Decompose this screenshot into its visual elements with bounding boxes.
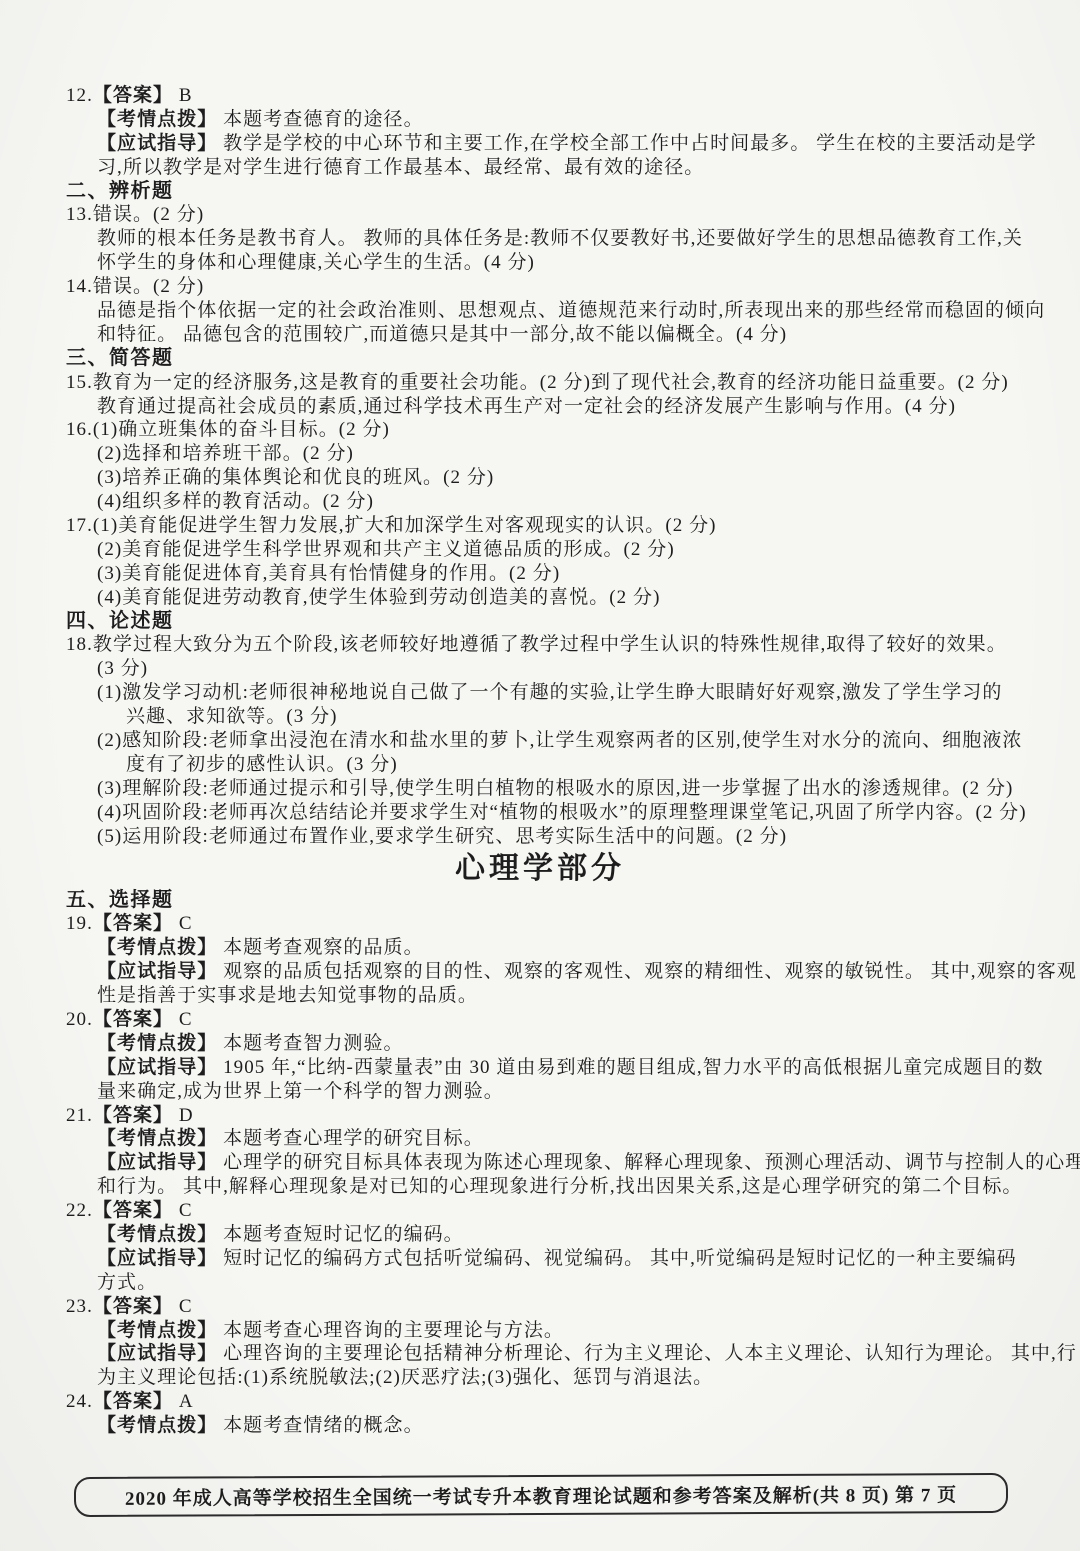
text-line: 性是指善于实事求是地去知觉事物的品质。 (0, 984, 1080, 1008)
text-line: (4)组织多样的教育活动。(2 分) (0, 490, 1080, 514)
answer-line: 16.(1)确立班集体的奋斗目标。(2 分) (0, 418, 1080, 442)
line-text: 本题考查智力测验。 (217, 1033, 403, 1054)
bracket-label: 【考情点拨】 (97, 937, 217, 958)
line-text: B (173, 85, 193, 106)
bracket-label: 【答案】 (93, 1105, 173, 1126)
text-line: 【应试指导】 短时记忆的编码方式包括听觉编码、视觉编码。 其中,听觉编码是短时记… (0, 1247, 1080, 1271)
bracket-label: 【应试指导】 (97, 1152, 217, 1173)
text-line: 【考情点拨】 本题考查智力测验。 (0, 1032, 1080, 1056)
line-text: 本题考查心理学的研究目标。 (217, 1128, 483, 1149)
text-line: 【考情点拨】 本题考查心理咨询的主要理论与方法。 (0, 1319, 1080, 1343)
answer-line: 15.教育为一定的经济服务,这是教育的重要社会功能。(2 分)到了现代社会,教育… (0, 371, 1080, 395)
text-line: (2)感知阶段:老师拿出浸泡在清水和盐水里的萝卜,让学生观察两者的区别,使学生对… (0, 729, 1080, 753)
line-text: 本题考查德育的途径。 (217, 109, 423, 130)
footer-text: 2020 年成人高等学校招生全国统一考试专升本教育理论试题和参考答案及解析(共 … (125, 1480, 957, 1511)
text-line: 【考情点拨】 本题考查观察的品质。 (0, 936, 1080, 960)
text-line: 教育通过提高社会成员的素质,通过科学技术再生产对一定社会的经济发展产生影响与作用… (0, 395, 1080, 419)
answer-line: 24.【答案】 A (0, 1390, 1080, 1414)
line-text: 心理咨询的主要理论包括精神分析理论、行为主义理论、人本主义理论、认知行为理论。 … (217, 1343, 1077, 1364)
line-text: D (173, 1105, 194, 1126)
bracket-label: 【答案】 (93, 85, 173, 106)
answer-line: 17.(1)美育能促进学生智力发展,扩大和加深学生对客观现实的认识。(2 分) (0, 514, 1080, 538)
text-line: (5)运用阶段:老师通过布置作业,要求学生研究、思考实际生活中的问题。(2 分) (0, 825, 1080, 849)
bracket-label: 【答案】 (93, 913, 173, 934)
line-text: C (173, 1296, 193, 1317)
text-line: (3)美育能促进体育,美育具有怡情健身的作用。(2 分) (0, 562, 1080, 586)
text-line: 怀学生的身体和心理健康,关心学生的生活。(4 分) (0, 251, 1080, 275)
line-text: A (173, 1391, 194, 1412)
scanned-exam-page: 12.【答案】 B【考情点拨】 本题考查德育的途径。【应试指导】 教学是学校的中… (0, 0, 1080, 1551)
answer-line: 19.【答案】 C (0, 912, 1080, 936)
answer-line: 14.错误。(2 分) (0, 275, 1080, 299)
bracket-label: 【应试指导】 (97, 133, 217, 154)
item-number: 24. (66, 1391, 93, 1412)
text-line: (1)激发学习动机:老师很神秘地说自己做了一个有趣的实验,让学生睁大眼睛好好观察… (0, 681, 1080, 705)
bracket-label: 【应试指导】 (97, 961, 217, 982)
text-line: 【考情点拨】 本题考查情绪的概念。 (0, 1414, 1080, 1438)
item-number: 19. (66, 913, 93, 934)
line-text: 1905 年,“比纳-西蒙量表”由 30 道由易到难的题目组成,智力水平的高低根… (217, 1057, 1043, 1078)
item-number: 20. (66, 1009, 93, 1030)
line-text: 本题考查短时记忆的编码。 (217, 1224, 463, 1245)
text-line: 【应试指导】 1905 年,“比纳-西蒙量表”由 30 道由易到难的题目组成,智… (0, 1056, 1080, 1080)
line-text: 心理学的研究目标具体表现为陈述心理现象、解释心理现象、预测心理活动、调节与控制人… (217, 1152, 1080, 1173)
text-line: 方式。 (0, 1271, 1080, 1295)
text-line: (2)选择和培养班干部。(2 分) (0, 442, 1080, 466)
bracket-label: 【考情点拨】 (97, 1415, 217, 1436)
line-text: C (173, 1200, 193, 1221)
text-line: 和特征。 品德包含的范围较广,而道德只是其中一部分,故不能以偏概全。(4 分) (0, 323, 1080, 347)
line-text: 本题考查情绪的概念。 (217, 1415, 423, 1436)
item-number: 12. (66, 85, 93, 106)
text-line: (3)培养正确的集体舆论和优良的班风。(2 分) (0, 466, 1080, 490)
text-line: 兴趣、求知欲等。(3 分) (0, 705, 1080, 729)
text-line: 【应试指导】 心理咨询的主要理论包括精神分析理论、行为主义理论、人本主义理论、认… (0, 1342, 1080, 1366)
part-heading: 心理学部分 (0, 849, 1080, 889)
bracket-label: 【考情点拨】 (97, 1128, 217, 1149)
text-line: 和行为。 其中,解释心理现象是对已知的心理现象进行分析,找出因果关系,这是心理学… (0, 1175, 1080, 1199)
answer-line: 18.教学过程大致分为五个阶段,该老师较好地遵循了教学过程中学生认识的特殊性规律… (0, 633, 1080, 657)
answer-line: 21.【答案】 D (0, 1104, 1080, 1128)
line-text: 教学是学校的中心环节和主要工作,在学校全部工作中占时间最多。 学生在校的主要活动… (217, 133, 1036, 154)
text-line: 度有了初步的感性认识。(3 分) (0, 753, 1080, 777)
bracket-label: 【答案】 (93, 1009, 173, 1030)
line-text: 本题考查心理咨询的主要理论与方法。 (217, 1320, 564, 1341)
bracket-label: 【考情点拨】 (97, 1320, 217, 1341)
page-footer: 2020 年成人高等学校招生全国统一考试专升本教育理论试题和参考答案及解析(共 … (74, 1473, 1008, 1517)
bracket-label: 【答案】 (93, 1391, 173, 1412)
section-heading: 二、辨析题 (0, 180, 1080, 204)
answer-line: 22.【答案】 C (0, 1199, 1080, 1223)
answer-line: 13.错误。(2 分) (0, 203, 1080, 227)
item-number: 22. (66, 1200, 93, 1221)
text-line: 【考情点拨】 本题考查德育的途径。 (0, 108, 1080, 132)
text-line: 教师的根本任务是教书育人。 教师的具体任务是:教师不仅要教好书,还要做好学生的思… (0, 227, 1080, 251)
line-text: 观察的品质包括观察的目的性、观察的客观性、观察的精细性、观察的敏锐性。 其中,观… (217, 961, 1077, 982)
text-line: 品德是指个体依据一定的社会政治准则、思想观点、道德规范来行动时,所表现出来的那些… (0, 299, 1080, 323)
text-line: (4)美育能促进劳动教育,使学生体验到劳动创造美的喜悦。(2 分) (0, 586, 1080, 610)
line-text: C (173, 1009, 193, 1030)
line-text: 短时记忆的编码方式包括听觉编码、视觉编码。 其中,听觉编码是短时记忆的一种主要编… (217, 1248, 1016, 1269)
bracket-label: 【考情点拨】 (97, 109, 217, 130)
text-line: (2)美育能促进学生科学世界观和共产主义道德品质的形成。(2 分) (0, 538, 1080, 562)
text-line: (4)巩固阶段:老师再次总结结论并要求学生对“植物的根吸水”的原理整理课堂笔记,… (0, 801, 1080, 825)
item-number: 23. (66, 1296, 93, 1317)
bracket-label: 【应试指导】 (97, 1248, 217, 1269)
bracket-label: 【答案】 (93, 1200, 173, 1221)
section-heading: 四、论述题 (0, 610, 1080, 634)
text-line: 【应试指导】 观察的品质包括观察的目的性、观察的客观性、观察的精细性、观察的敏锐… (0, 960, 1080, 984)
line-text: 本题考查观察的品质。 (217, 937, 423, 958)
text-line: 量来确定,成为世界上第一个科学的智力测验。 (0, 1080, 1080, 1104)
bracket-label: 【应试指导】 (97, 1343, 217, 1364)
text-line: 为主义理论包括:(1)系统脱敏法;(2)厌恶疗法;(3)强化、惩罚与消退法。 (0, 1366, 1080, 1390)
text-line: 【考情点拨】 本题考查心理学的研究目标。 (0, 1127, 1080, 1151)
text-line: 【应试指导】 教学是学校的中心环节和主要工作,在学校全部工作中占时间最多。 学生… (0, 132, 1080, 156)
bracket-label: 【考情点拨】 (97, 1033, 217, 1054)
section-heading: 三、简答题 (0, 347, 1080, 371)
section-heading: 五、选择题 (0, 889, 1080, 913)
answer-line: 23.【答案】 C (0, 1295, 1080, 1319)
text-line: 【考情点拨】 本题考查短时记忆的编码。 (0, 1223, 1080, 1247)
text-line: (3 分) (0, 657, 1080, 681)
bracket-label: 【考情点拨】 (97, 1224, 217, 1245)
line-text: C (173, 913, 193, 934)
document-body: 12.【答案】 B【考情点拨】 本题考查德育的途径。【应试指导】 教学是学校的中… (0, 84, 1080, 1438)
answer-line: 20.【答案】 C (0, 1008, 1080, 1032)
text-line: 【应试指导】 心理学的研究目标具体表现为陈述心理现象、解释心理现象、预测心理活动… (0, 1151, 1080, 1175)
bracket-label: 【答案】 (93, 1296, 173, 1317)
text-line: (3)理解阶段:老师通过提示和引导,使学生明白植物的根吸水的原因,进一步掌握了出… (0, 777, 1080, 801)
text-line: 习,所以教学是对学生进行德育工作最基本、最经常、最有效的途径。 (0, 156, 1080, 180)
bracket-label: 【应试指导】 (97, 1057, 217, 1078)
answer-line: 12.【答案】 B (0, 84, 1080, 108)
item-number: 21. (66, 1105, 93, 1126)
